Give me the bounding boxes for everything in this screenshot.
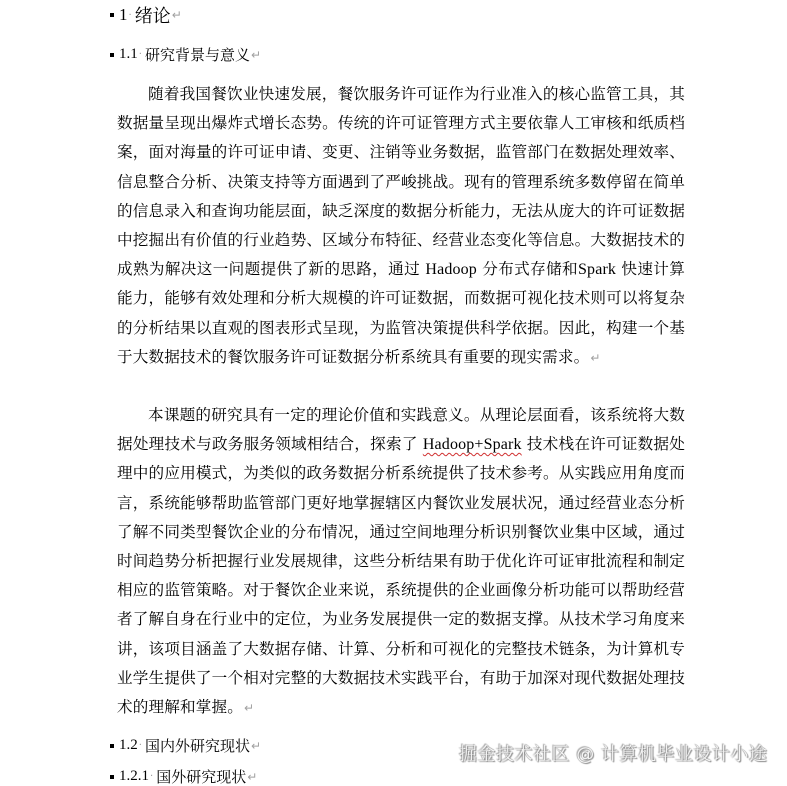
paragraph-text: 随着我国餐饮业快速发展，餐饮服务许可证作为行业准入的核心监管工具，其数据量呈现出… — [117, 85, 685, 278]
paragraph-mark-icon: ↵ — [251, 48, 261, 62]
paragraph-mark-icon: ↵ — [251, 739, 261, 753]
space-marker: · — [139, 740, 142, 751]
heading-number: 1.1 — [119, 46, 138, 63]
heading-1-2-research-status[interactable]: 1.2 · 国内外研究现状 ↵ — [110, 735, 261, 756]
document-page: 1 · 绪论 ↵ 1.1 · 研究背景与意义 ↵ 随着我国餐饮业快速发展，餐饮服… — [0, 0, 787, 786]
heading-bullet-marker — [110, 53, 114, 57]
heading-title: 绪论 — [135, 2, 171, 28]
paragraph-mark-icon: ↵ — [244, 701, 254, 715]
heading-bullet-marker — [110, 744, 114, 748]
term-spark: Spark — [578, 261, 616, 278]
heading-1-1-background[interactable]: 1.1 · 研究背景与意义 ↵ — [110, 44, 261, 65]
space-marker: · — [139, 49, 142, 60]
spellcheck-flagged-term[interactable]: Hadoop+Spark — [423, 436, 522, 453]
paragraph-text: 技术栈在许可证数据处理中的应用模式，为类似的政务数据分析系统提供了技术参考。从实… — [117, 435, 685, 716]
heading-bullet-marker — [110, 775, 114, 779]
heading-number: 1.2.1 — [119, 768, 149, 785]
heading-bullet-marker — [110, 13, 114, 17]
space-marker: · — [129, 10, 132, 21]
paragraph-text: 分布式存储和 — [477, 260, 578, 278]
heading-number: 1.2 — [119, 737, 138, 754]
heading-1-2-1-foreign-research[interactable]: 1.2.1 · 国外研究现状 ↵ — [110, 766, 257, 786]
paragraph-mark-icon: ↵ — [247, 770, 257, 784]
paragraph-mark-icon: ↵ — [590, 351, 600, 365]
paragraph-mark-icon: ↵ — [172, 8, 182, 22]
term-hadoop: Hadoop — [425, 261, 477, 278]
space-marker: · — [150, 771, 153, 782]
watermark-text: 掘金技术社区 @ 计算机毕业设计小途 — [459, 740, 767, 766]
heading-title: 研究背景与意义 — [145, 44, 250, 65]
heading-title: 国外研究现状 — [156, 766, 246, 786]
heading-number: 1 — [119, 5, 128, 25]
heading-1-introduction[interactable]: 1 · 绪论 ↵ — [110, 2, 182, 28]
paragraph-background[interactable]: 随着我国餐饮业快速发展，餐饮服务许可证作为行业准入的核心监管工具，其数据量呈现出… — [117, 80, 685, 373]
paragraph-significance[interactable]: 本课题的研究具有一定的理论价值和实践意义。从理论层面看，该系统将大数据处理技术与… — [117, 401, 685, 723]
heading-title: 国内外研究现状 — [145, 735, 250, 756]
